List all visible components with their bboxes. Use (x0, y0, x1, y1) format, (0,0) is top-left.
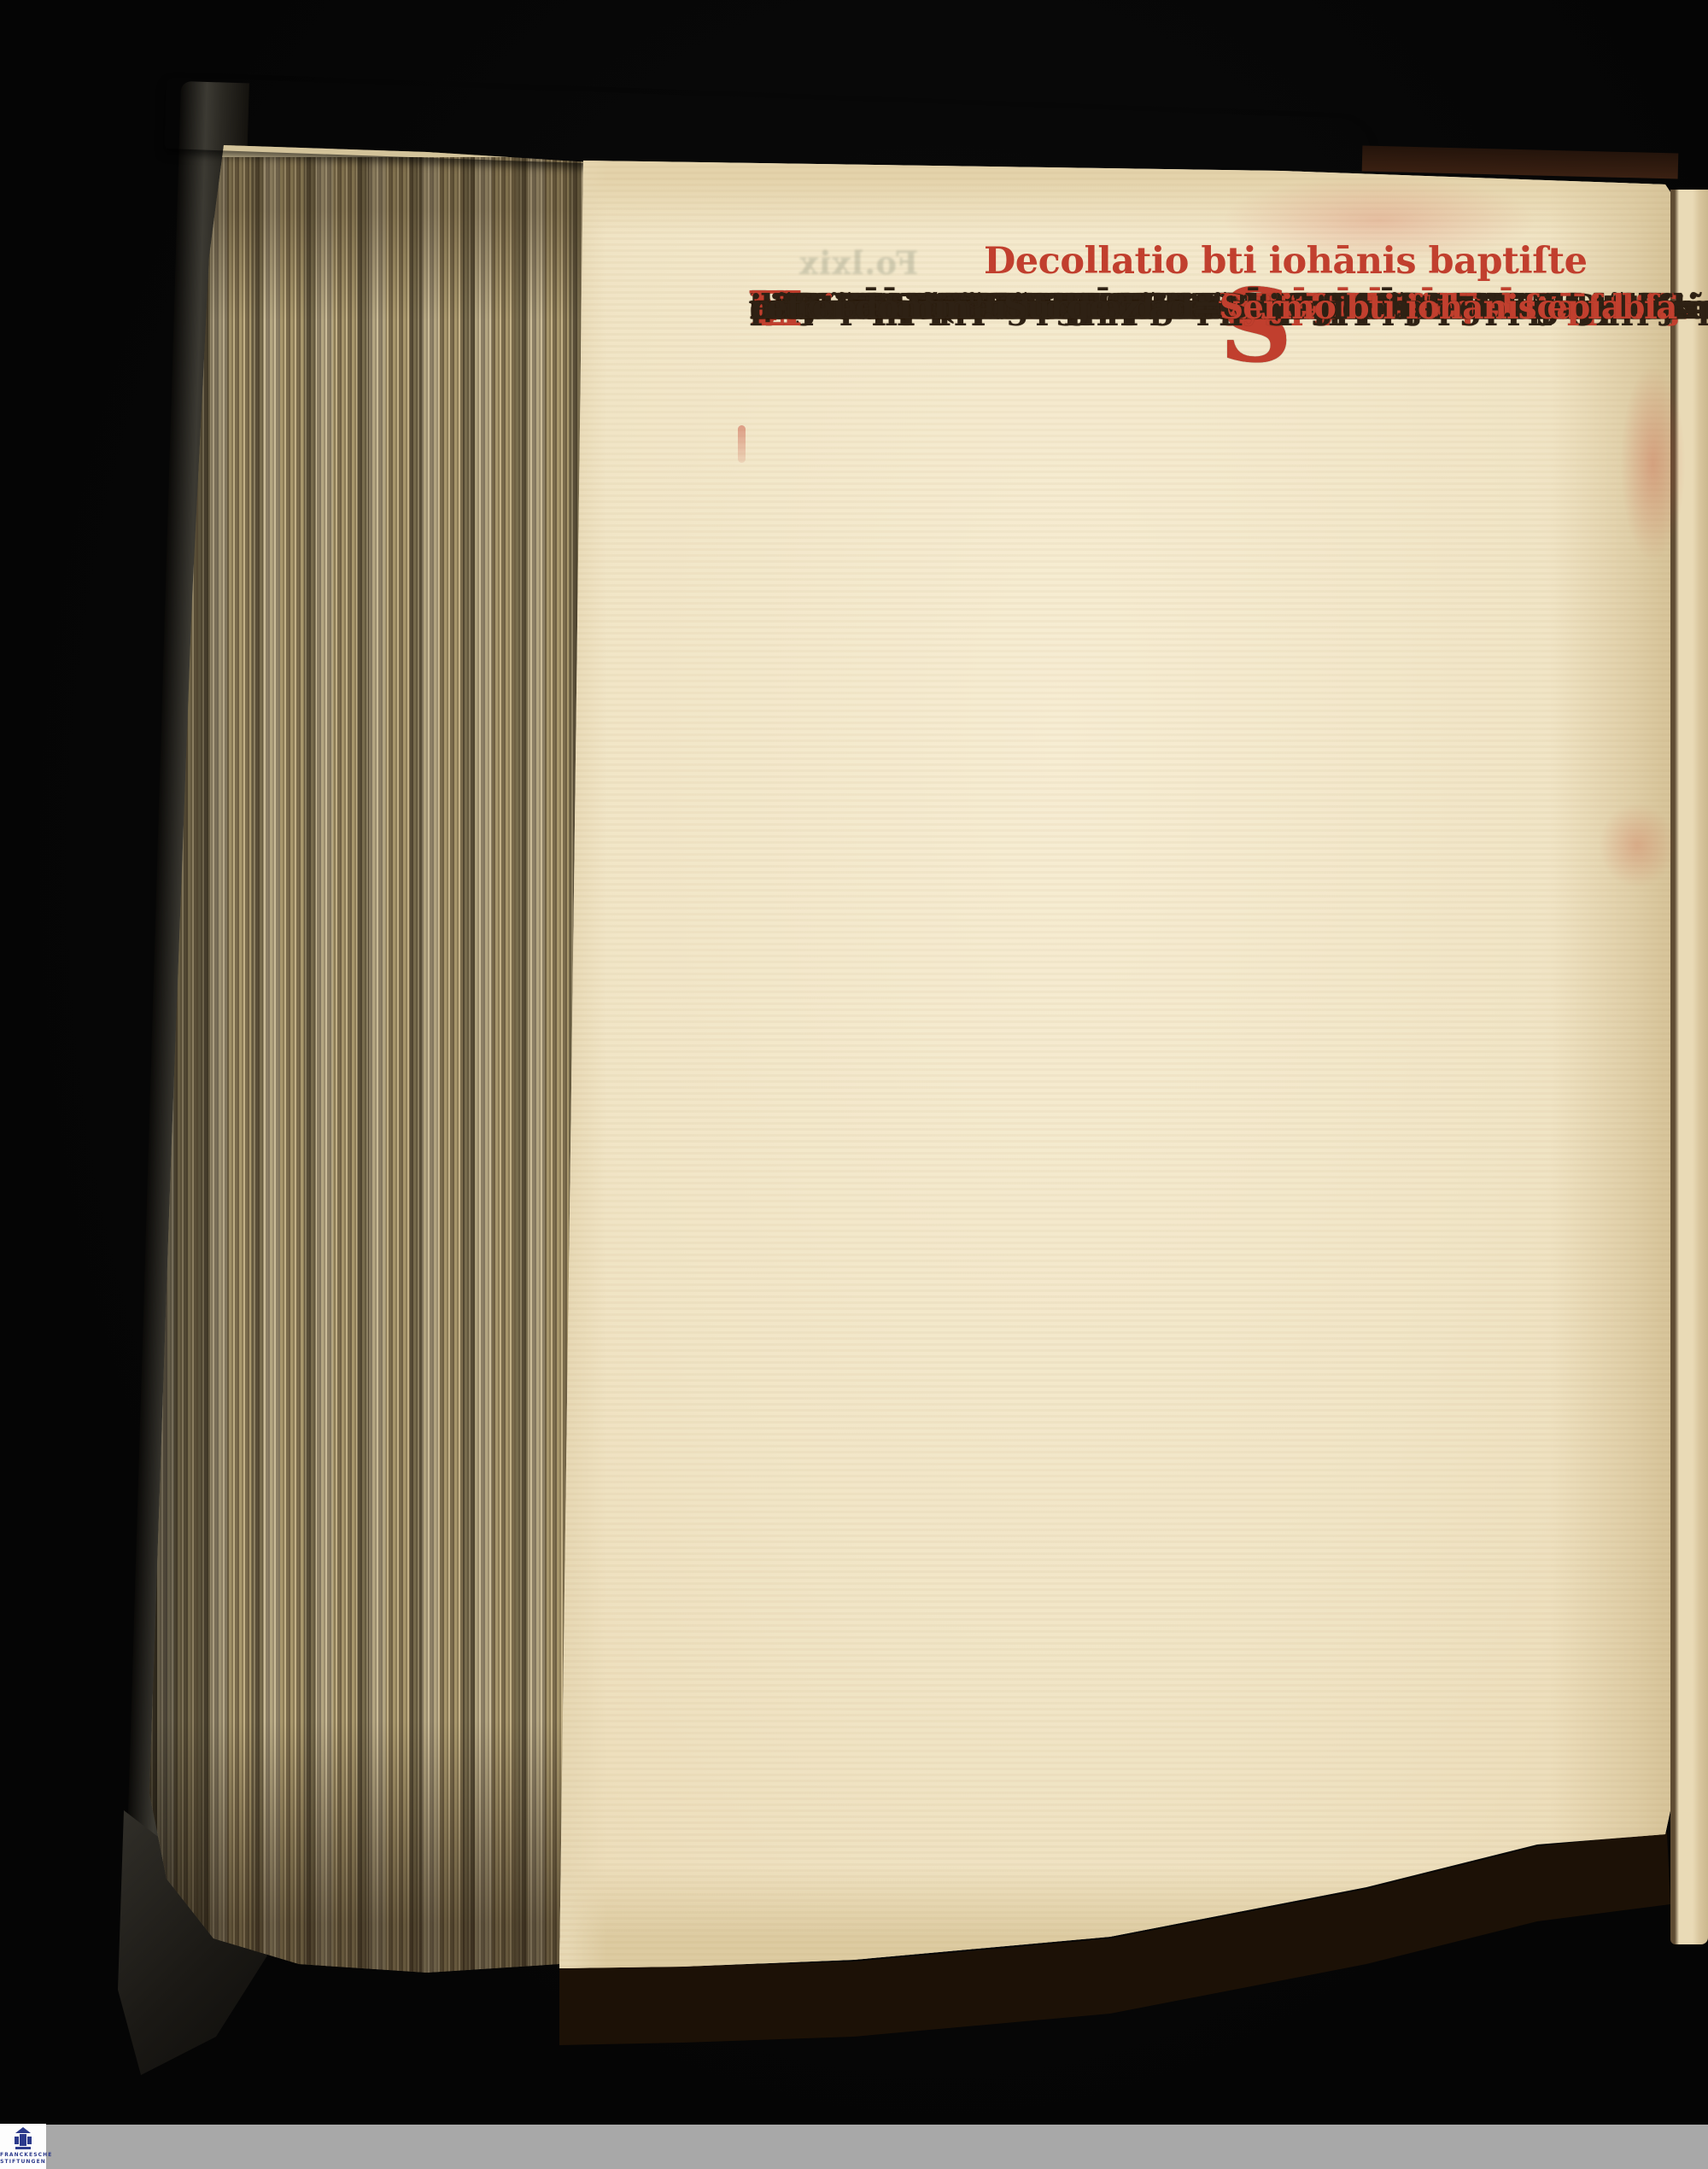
logo-text-line2: STIFTUNGEN (0, 2159, 46, 2165)
open-book-page (555, 154, 1678, 1977)
text-segment: Sermo bt̄i iohānis ep̄i.l'.ſ. (1220, 289, 1668, 327)
show-through-ghost-text: Fo.lxix (798, 244, 918, 282)
cover-shadow-line (1362, 145, 1679, 178)
text-segment: ret ei domin⁹. Surge z ad= (750, 289, 1220, 327)
facing-page-edge (1670, 190, 1708, 1944)
logo-text-line1: FRANCKESCHE (0, 2152, 46, 2158)
library-watermark: FRANCKESCHE STIFTUNGEN (0, 2124, 46, 2169)
digitized-book-photo: Fo.lxix Decollatio bti iohānis baptiſte … (0, 0, 1708, 2169)
red-margin-mark (738, 425, 746, 463)
page-block-fore-edge (145, 137, 600, 1979)
franckesche-stiftungen-logo-icon (15, 2127, 32, 2149)
scan-footer-bar (0, 2125, 1708, 2169)
